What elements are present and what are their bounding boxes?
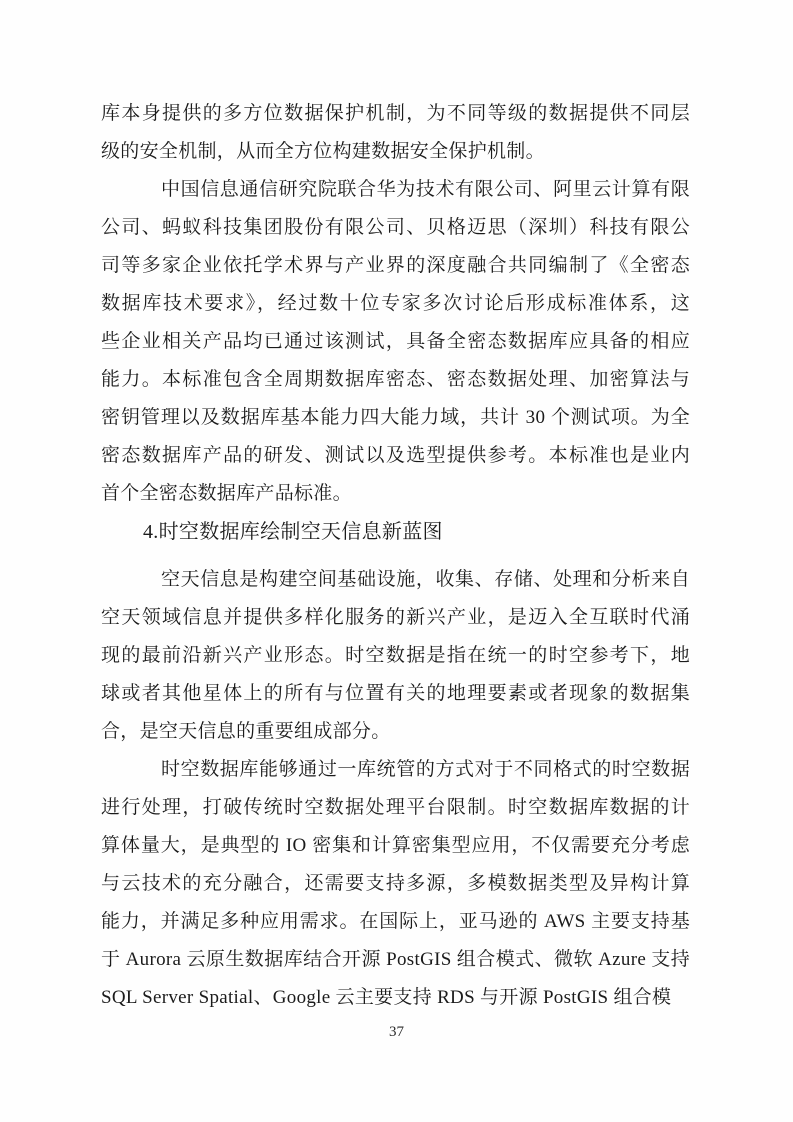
- text-line: 空天领域信息并提供多样化服务的新兴产业，是迈入全互联时代涌: [101, 599, 690, 637]
- page-number: 37: [0, 1020, 793, 1044]
- text-line: 能力，并满足多种应用需求。在国际上，亚马逊的 AWS 主要支持基: [101, 903, 690, 941]
- text-line: 些企业相关产品均已通过该测试，具备全密态数据库应具备的相应: [101, 323, 690, 361]
- text-line: 首个全密态数据库产品标准。: [101, 475, 690, 513]
- text-line: 数据库技术要求》，经过数十位专家多次讨论后形成标准体系，这: [101, 285, 690, 323]
- text-line: 密钥管理以及数据库基本能力四大能力域，共计 30 个测试项。为全: [101, 399, 690, 437]
- text-line: 公司、蚂蚁科技集团股份有限公司、贝格迈思（深圳）科技有限公: [101, 209, 690, 247]
- text-line: 库本身提供的多方位数据保护机制，为不同等级的数据提供不同层: [101, 95, 690, 133]
- text-line: 合，是空天信息的重要组成部分。: [101, 713, 690, 751]
- text-line: 与云技术的充分融合，还需要支持多源，多模数据类型及异构计算: [101, 865, 690, 903]
- text-line: 于 Aurora 云原生数据库结合开源 PostGIS 组合模式、微软 Azur…: [101, 941, 690, 979]
- text-line: 司等多家企业依托学术界与产业界的深度融合共同编制了《全密态: [101, 247, 690, 285]
- text-line: 中国信息通信研究院联合华为技术有限公司、阿里云计算有限: [101, 171, 690, 209]
- text-line: 现的最前沿新兴产业形态。时空数据是指在统一的时空参考下，地: [101, 637, 690, 675]
- text-line: 算体量大，是典型的 IO 密集和计算密集型应用，不仅需要充分考虑: [101, 827, 690, 865]
- text-line: 时空数据库能够通过一库统管的方式对于不同格式的时空数据: [101, 751, 690, 789]
- text-line: SQL Server Spatial、Google 云主要支持 RDS 与开源 …: [101, 979, 690, 1017]
- text-line: 密态数据库产品的研发、测试以及选型提供参考。本标准也是业内: [101, 437, 690, 475]
- text-line: 进行处理，打破传统时空数据处理平台限制。时空数据库数据的计: [101, 789, 690, 827]
- document-text-block: 库本身提供的多方位数据保护机制，为不同等级的数据提供不同层级的安全机制，从而全方…: [101, 95, 690, 1017]
- text-line: 空天信息是构建空间基础设施，收集、存储、处理和分析来自: [101, 561, 690, 599]
- text-line: 球或者其他星体上的所有与位置有关的地理要素或者现象的数据集: [101, 675, 690, 713]
- document-page: 库本身提供的多方位数据保护机制，为不同等级的数据提供不同层级的安全机制，从而全方…: [0, 0, 793, 1122]
- text-line: 能力。本标准包含全周期数据库密态、密态数据处理、加密算法与: [101, 361, 690, 399]
- section-heading: 4.时空数据库绘制空天信息新蓝图: [101, 513, 690, 551]
- text-line: 级的安全机制，从而全方位构建数据安全保护机制。: [101, 133, 690, 171]
